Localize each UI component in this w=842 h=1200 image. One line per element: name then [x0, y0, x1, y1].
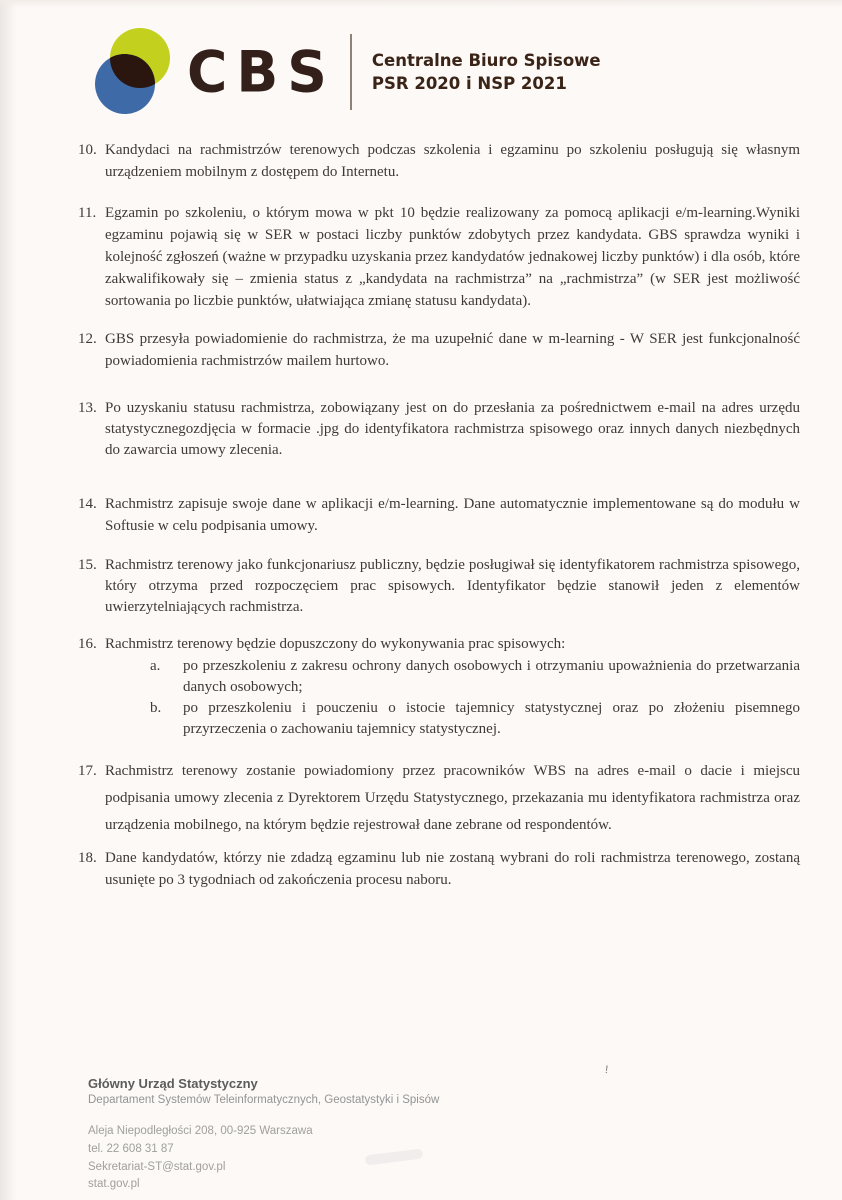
- list-item-13: 13. Po uzyskaniu statusu rachmistrza, zo…: [78, 398, 800, 461]
- org-title-block: Centralne Biuro Spisowe PSR 2020 i NSP 2…: [372, 49, 601, 95]
- logo-divider: [350, 34, 352, 110]
- list-item-11: 11. Egzamin po szkoleniu, o którym mowa …: [78, 202, 800, 312]
- footer-email: Sekretariat-ST@stat.gov.pl: [88, 1159, 439, 1177]
- list-item-16: 16. Rachmistrz terenowy będzie dopuszczo…: [78, 634, 800, 740]
- item-number: 13.: [78, 398, 105, 419]
- document-header: CBS Centralne Biuro Spisowe PSR 2020 i N…: [93, 26, 601, 118]
- item-text: GBS przesyła powiadomienie do rachmistrz…: [105, 328, 800, 372]
- cbs-logo-text: CBS: [187, 43, 336, 100]
- list-item-12: 12. GBS przesyła powiadomienie do rachmi…: [78, 328, 800, 372]
- subitem-marker: b.: [150, 698, 183, 719]
- subitem-text: po przeszkoleniu z zakresu ochrony danyc…: [183, 656, 800, 698]
- cbs-logo-circles-icon: [93, 26, 177, 118]
- subitem-marker: a.: [150, 656, 183, 677]
- item-number: 14.: [78, 493, 105, 515]
- item-text: Po uzyskaniu statusu rachmistrza, zobowi…: [105, 398, 800, 461]
- subitem-text: po przeszkoleniu i pouczeniu o istocie t…: [183, 698, 800, 740]
- item-number: 11.: [78, 202, 105, 224]
- footer-contact-block: Aleja Niepodległości 208, 00-925 Warszaw…: [88, 1123, 439, 1194]
- org-title-line1: Centralne Biuro Spisowe: [372, 49, 601, 72]
- list-item-17: 17. Rachmistrz terenowy zostanie powiado…: [78, 758, 800, 839]
- footer-org-name: Główny Urząd Statystyczny: [88, 1076, 439, 1091]
- footer-department: Departament Systemów Teleinformatycznych…: [88, 1094, 439, 1106]
- item-text: Rachmistrz terenowy jako funkcjonariusz …: [105, 555, 800, 618]
- list-item-14: 14. Rachmistrz zapisuje swoje dane w apl…: [78, 493, 800, 537]
- item-number: 12.: [78, 328, 105, 350]
- list-item-10: 10. Kandydaci na rachmistrzów terenowych…: [78, 139, 800, 183]
- item-text: Egzamin po szkoleniu, o którym mowa w pk…: [105, 202, 800, 312]
- item-text: Kandydaci na rachmistrzów terenowych pod…: [105, 139, 800, 183]
- list-item-18: 18. Dane kandydatów, którzy nie zdadzą e…: [78, 847, 800, 891]
- item-text: Rachmistrz zapisuje swoje dane w aplikac…: [105, 493, 800, 537]
- sublist-item-a: a. po przeszkoleniu z zakresu ochrony da…: [105, 656, 800, 698]
- footer-website: stat.gov.pl: [88, 1176, 439, 1194]
- item-text: Rachmistrz terenowy będzie dopuszczony d…: [105, 634, 800, 655]
- footer-phone: tel. 22 608 31 87: [88, 1141, 439, 1159]
- item-number: 10.: [78, 139, 105, 161]
- item-number: 18.: [78, 847, 105, 869]
- item-number: 15.: [78, 555, 105, 576]
- document-footer: Główny Urząd Statystyczny Departament Sy…: [88, 1076, 439, 1194]
- list-item-15: 15. Rachmistrz terenowy jako funkcjonari…: [78, 555, 800, 618]
- item-number: 17.: [78, 758, 105, 785]
- sublist: a. po przeszkoleniu z zakresu ochrony da…: [105, 656, 800, 740]
- scan-edge-shadow-left: [0, 0, 16, 1200]
- item-text: Dane kandydatów, którzy nie zdadzą egzam…: [105, 847, 800, 891]
- scan-edge-shadow-top: [0, 0, 842, 8]
- item-text: Rachmistrz terenowy zostanie powiadomion…: [105, 758, 800, 839]
- sublist-item-b: b. po przeszkoleniu i pouczeniu o istoci…: [105, 698, 800, 740]
- item-number: 16.: [78, 634, 105, 655]
- org-title-line2: PSR 2020 i NSP 2021: [372, 72, 601, 95]
- stray-ink-mark: !: [604, 1064, 608, 1076]
- scanned-document-page: { "page": { "header": { "logo_text": "CB…: [0, 0, 842, 1200]
- numbered-list: 10. Kandydaci na rachmistrzów terenowych…: [78, 139, 800, 891]
- footer-address: Aleja Niepodległości 208, 00-925 Warszaw…: [88, 1123, 439, 1141]
